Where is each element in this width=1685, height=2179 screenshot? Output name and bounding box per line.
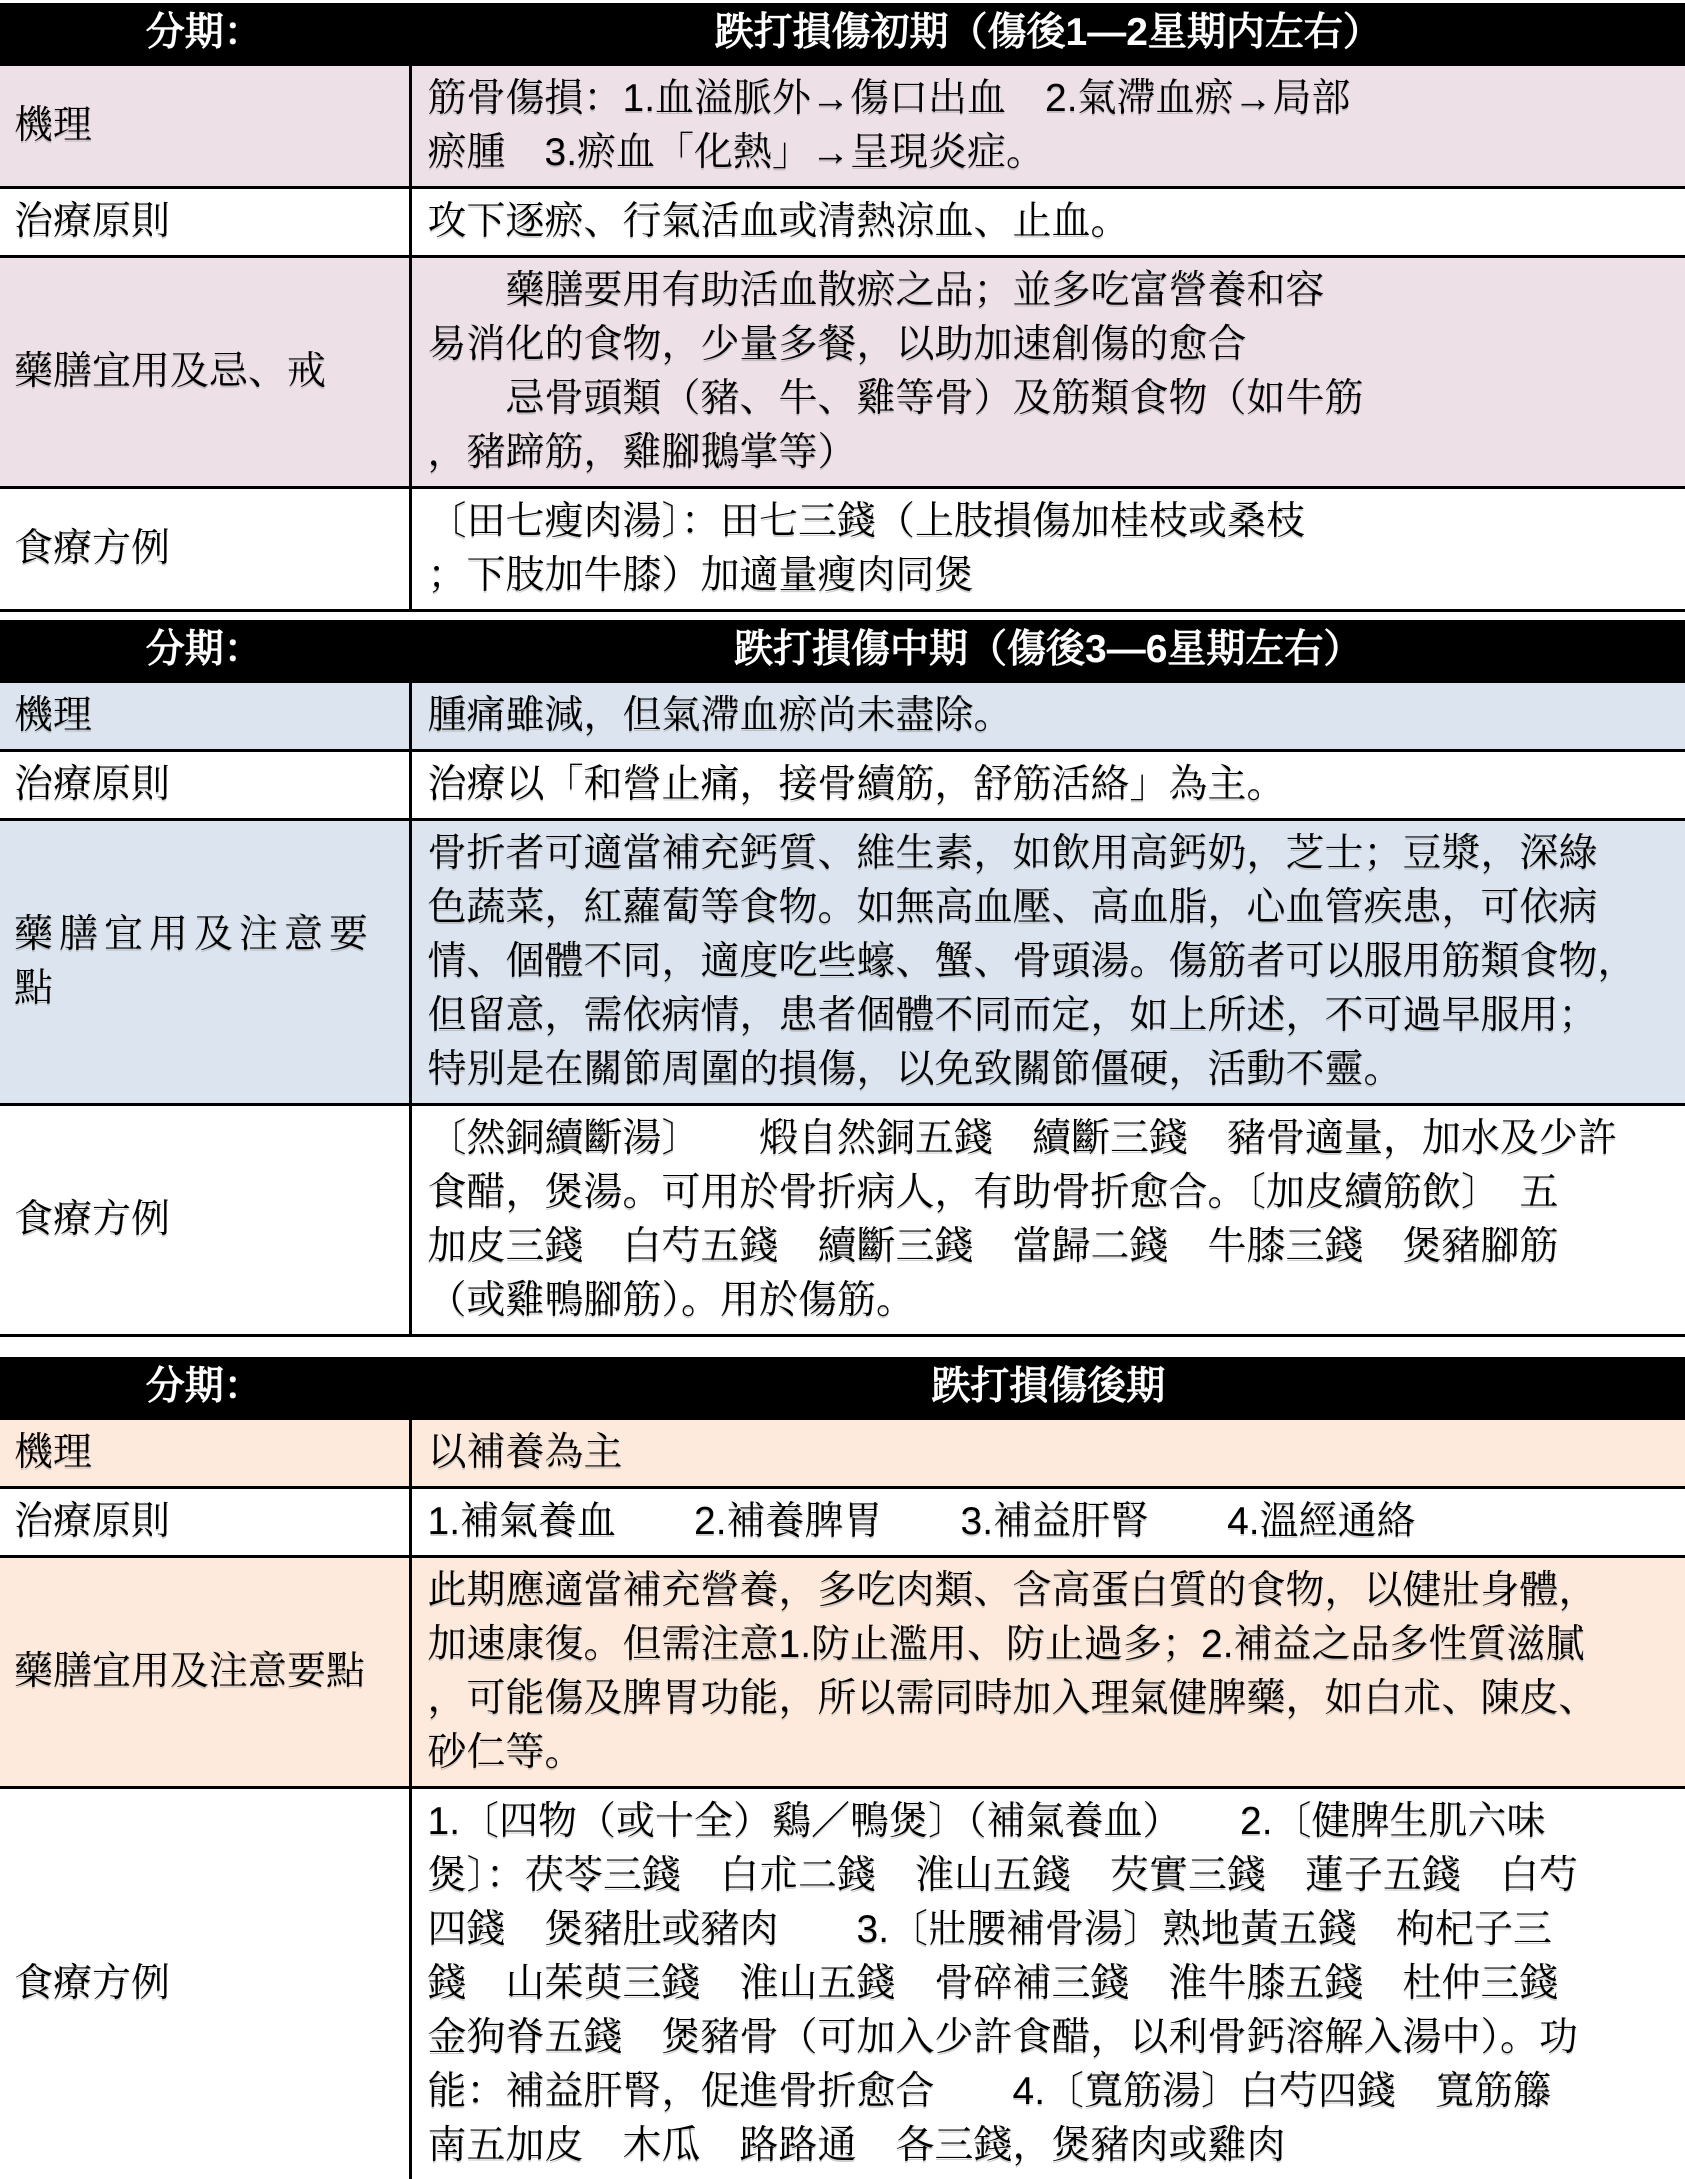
phase-label: 分期：: [0, 1357, 410, 1419]
row-label: 治療原則: [0, 188, 410, 257]
phase-header: 分期： 跌打損傷後期: [0, 1357, 1685, 1419]
table-row: 治療原則 1.補氣養血 2.補養脾胃 3.補益肝腎 4.溫經通絡: [0, 1488, 1685, 1557]
phase-header: 分期： 跌打損傷中期（傷後3—6星期左右）: [0, 620, 1685, 682]
row-label: 食療方例: [0, 488, 410, 611]
phase-table-early: 分期： 跌打損傷初期（傷後1—2星期内左右） 機理 筋骨傷損：1.血溢脈外→傷口…: [0, 3, 1685, 612]
row-content: 1.〔四物（或十全）鷄／鴨煲〕（補氣養血） 2.〔健脾生肌六味 煲〕：茯苓三錢 …: [410, 1788, 1685, 2179]
row-label: 藥膳宜用及忌、戒: [0, 257, 410, 488]
table-row: 食療方例 1.〔四物（或十全）鷄／鴨煲〕（補氣養血） 2.〔健脾生肌六味 煲〕：…: [0, 1788, 1685, 2179]
phase-title: 跌打損傷後期: [410, 1357, 1685, 1419]
table-row: 食療方例 〔然銅續斷湯〕 煅自然銅五錢 續斷三錢 豬骨適量，加水及少許 食醋，煲…: [0, 1105, 1685, 1336]
row-label: 食療方例: [0, 1788, 410, 2179]
table-row: 食療方例 〔田七瘦肉湯〕：田七三錢（上肢損傷加桂枝或桑枝 ；下肢加牛膝）加適量瘦…: [0, 488, 1685, 611]
row-label: 機理: [0, 682, 410, 751]
row-label: 治療原則: [0, 751, 410, 820]
table-row: 機理 以補養為主: [0, 1419, 1685, 1488]
row-content: 1.補氣養血 2.補養脾胃 3.補益肝腎 4.溫經通絡: [410, 1488, 1685, 1557]
row-label: 治療原則: [0, 1488, 410, 1557]
phase-table-late: 分期： 跌打損傷後期 機理 以補養為主 治療原則 1.補氣養血 2.補養脾胃 3…: [0, 1357, 1685, 2179]
row-content: 腫痛雖減，但氣滯血瘀尚未盡除。: [410, 682, 1685, 751]
row-label: 藥膳宜用及注意要點: [0, 1557, 410, 1788]
row-content: 〔然銅續斷湯〕 煅自然銅五錢 續斷三錢 豬骨適量，加水及少許 食醋，煲湯。可用於…: [410, 1105, 1685, 1336]
table-row: 機理 筋骨傷損：1.血溢脈外→傷口出血 2.氣滯血瘀→局部 瘀腫 3.瘀血「化熱…: [0, 65, 1685, 188]
row-content: 藥膳要用有助活血散瘀之品；並多吃富營養和容 易消化的食物，少量多餐，以助加速創傷…: [410, 257, 1685, 488]
phase-title: 跌打損傷初期（傷後1—2星期内左右）: [410, 3, 1685, 65]
table-row: 藥膳宜用及注意要點 骨折者可適當補充鈣質、維生素，如飲用高鈣奶，芝士；豆漿，深綠…: [0, 820, 1685, 1105]
table-row: 藥膳宜用及注意要點 此期應適當補充營養，多吃肉類、含高蛋白質的食物，以健壯身體，…: [0, 1557, 1685, 1788]
row-label: 機理: [0, 1419, 410, 1488]
row-label: 食療方例: [0, 1105, 410, 1336]
phase-title: 跌打損傷中期（傷後3—6星期左右）: [410, 620, 1685, 682]
phase-table-mid: 分期： 跌打損傷中期（傷後3—6星期左右） 機理 腫痛雖減，但氣滯血瘀尚未盡除。…: [0, 620, 1685, 1337]
row-content: 治療以「和營止痛，接骨續筋，舒筋活絡」為主。: [410, 751, 1685, 820]
table-row: 治療原則 治療以「和營止痛，接骨續筋，舒筋活絡」為主。: [0, 751, 1685, 820]
table-row: 藥膳宜用及忌、戒 藥膳要用有助活血散瘀之品；並多吃富營養和容 易消化的食物，少量…: [0, 257, 1685, 488]
table-row: 機理 腫痛雖減，但氣滯血瘀尚未盡除。: [0, 682, 1685, 751]
phase-header: 分期： 跌打損傷初期（傷後1—2星期内左右）: [0, 3, 1685, 65]
row-content: 以補養為主: [410, 1419, 1685, 1488]
row-content: 攻下逐瘀、行氣活血或清熱涼血、止血。: [410, 188, 1685, 257]
table-row: 治療原則 攻下逐瘀、行氣活血或清熱涼血、止血。: [0, 188, 1685, 257]
row-content: 筋骨傷損：1.血溢脈外→傷口出血 2.氣滯血瘀→局部 瘀腫 3.瘀血「化熱」→呈…: [410, 65, 1685, 188]
row-content: 骨折者可適當補充鈣質、維生素，如飲用高鈣奶，芝士；豆漿，深綠 色蔬菜，紅蘿蔔等食…: [410, 820, 1685, 1105]
row-label: 藥膳宜用及注意要點: [0, 820, 410, 1105]
row-content: 此期應適當補充營養，多吃肉類、含高蛋白質的食物，以健壯身體， 加速康復。但需注意…: [410, 1557, 1685, 1788]
row-content: 〔田七瘦肉湯〕：田七三錢（上肢損傷加桂枝或桑枝 ；下肢加牛膝）加適量瘦肉同煲: [410, 488, 1685, 611]
document-page: 分期： 跌打損傷初期（傷後1—2星期内左右） 機理 筋骨傷損：1.血溢脈外→傷口…: [0, 0, 1685, 2179]
phase-label: 分期：: [0, 3, 410, 65]
phase-label: 分期：: [0, 620, 410, 682]
row-label: 機理: [0, 65, 410, 188]
